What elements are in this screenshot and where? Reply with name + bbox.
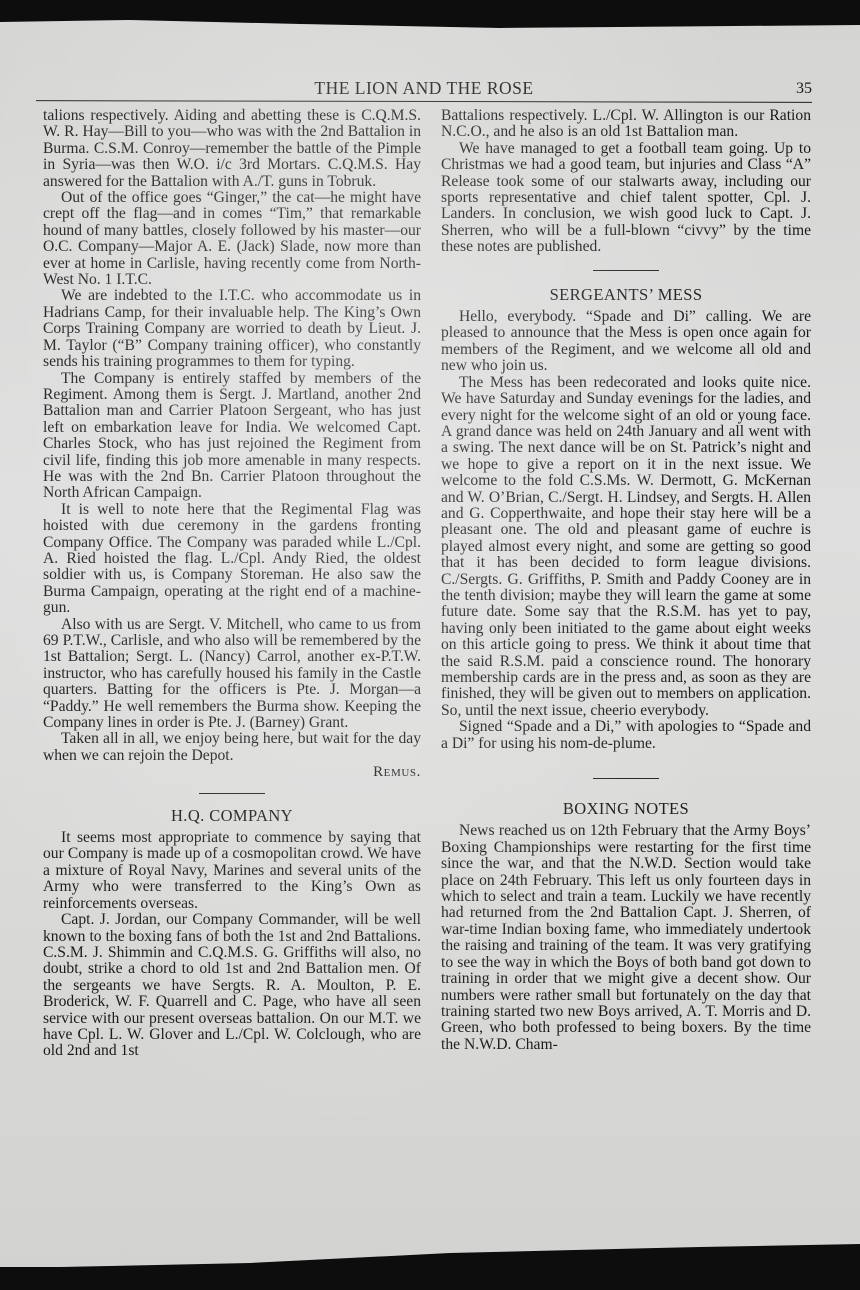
paragraph: The Company is entirely staffed by membe… <box>43 371 421 502</box>
paragraph: News reached us on 12th February that th… <box>441 823 811 1053</box>
paragraph: Battalions respectively. L./Cpl. W. Alli… <box>441 108 811 141</box>
signature: Remus. <box>43 764 421 780</box>
paragraph: Taken all in all, we enjoy being here, b… <box>43 731 421 764</box>
section-title-sergeants-mess: SERGEANTS’ MESS <box>441 287 811 303</box>
magazine-page: THE LION AND THE ROSE 35 talions respect… <box>0 0 860 1290</box>
paragraph: It seems most appropriate to commence by… <box>43 830 421 912</box>
left-column: talions respectively. Aiding and abettin… <box>43 108 421 1060</box>
paragraph: The Mess has been redecorated and looks … <box>441 375 811 720</box>
section-divider <box>199 793 265 794</box>
section-title-hq-company: H.Q. COMPANY <box>43 808 421 824</box>
paragraph: Out of the office goes “Ginger,” the cat… <box>43 190 421 288</box>
paragraph: We are indebted to the I.T.C. who accomm… <box>43 288 421 370</box>
page-number: 35 <box>796 80 812 98</box>
section-title-boxing-notes: BOXING NOTES <box>441 801 811 817</box>
paragraph: Also with us are Sergt. V. Mitchell, who… <box>43 617 421 732</box>
paragraph: We have managed to get a football team g… <box>441 141 811 256</box>
signature-text: Remus. <box>373 764 421 780</box>
running-title: THE LION AND THE ROSE <box>36 78 812 99</box>
paragraph: talions respectively. Aiding and abettin… <box>43 108 421 190</box>
paragraph: It is well to note here that the Regimen… <box>43 502 421 617</box>
section-divider <box>593 270 659 271</box>
paragraph: Capt. J. Jordan, our Company Commander, … <box>43 912 421 1060</box>
running-header: THE LION AND THE ROSE 35 <box>36 74 812 102</box>
right-column: Battalions respectively. L./Cpl. W. Alli… <box>441 108 811 1053</box>
section-divider <box>593 778 659 779</box>
paragraph: Signed “Spade and a Di,” with apologies … <box>441 719 811 752</box>
paragraph: Hello, everybody. “Spade and Di” calling… <box>441 309 811 375</box>
